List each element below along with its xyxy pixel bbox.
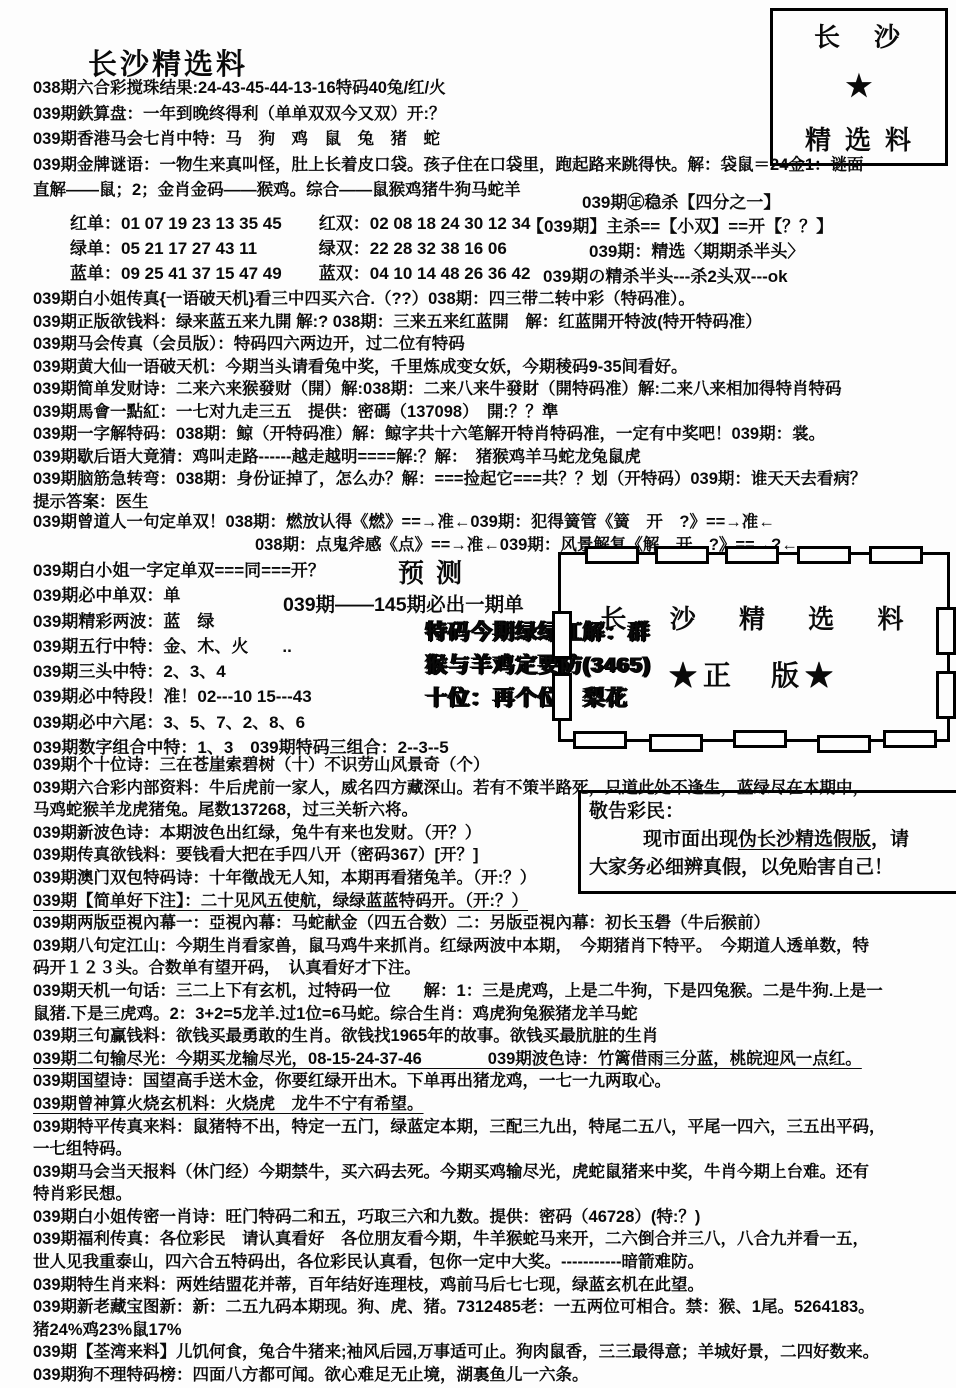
text-line: 039期【荃湾来料】儿饥何食，兔合牛猪来;袖风后园,万事适可止。狗肉鼠香，三三最… [33, 1341, 886, 1364]
text-line: 039期六合彩内部资料：牛后虎前一家人，威名四方藏深山。若有不策半路死，只道此处… [33, 777, 886, 800]
text-line: 039期传真欲钱料：要钱看大把在手四八开（密码367）[开？] [33, 844, 886, 867]
text-line: 鼠猪.下是三虎鸡。2：3+2=5龙羊.过1位=6马蛇。综合生肖：鸡虎狗兔猴猪龙羊… [33, 1003, 886, 1026]
text-line: 039期香港马会七肖中特：马 狗 鸡 鼠 兔 猪 蛇 [33, 127, 864, 153]
stamp-tab [733, 730, 787, 748]
text-line: 039期特平传真来料：鼠猪特不出，特定一五门，绿蓝定本期，三配三九出，特尾二五八… [33, 1116, 886, 1139]
prediction-item: 039期必中六尾：3、5、7、2、8、6 [33, 710, 449, 735]
text-line: 039期马会传真（会员版）：特码四六两边开，过二位有特码 [33, 333, 866, 356]
text-line: 039期国望诗：国望高手送木金，你要红绿开出木。下单再出猪龙鸡，一七一九两取心。 [33, 1070, 886, 1093]
prediction-subtitle: 039期——145期必出一期单 [283, 589, 524, 617]
text-line: 039期鉄算盘：一年到晚终得利（单单双双今又双）开:？ [33, 102, 864, 128]
text-line: 039期两版亞視內幕一：亞視內幕：马蛇献金（四五合数）二：另版亞視內幕：初长玉礐… [33, 912, 886, 935]
text-line: 039期澳门双包特码诗：十年徵战无人知，本期再看猪兔羊。（开:？） [33, 867, 886, 890]
double-numbers-cell: 红双：02 08 18 24 30 12 34 [319, 214, 531, 233]
prediction-item: 039期白小姐一字定单双===同===开？ [33, 558, 449, 583]
stamp-tab [573, 731, 627, 749]
double-numbers-cell: 蓝双：04 10 14 48 26 36 42 [319, 264, 531, 283]
text-line: 039期【简单好下注】：二十见风五使航，绿绿蓝蓝特码开。（开:？） [33, 890, 886, 913]
stamp-notch [552, 673, 572, 721]
corner-stamp-line1: 长沙 [784, 17, 934, 54]
stamp-notch [936, 607, 956, 655]
text-line: 039期黄大仙一语破天机：今期当头请看兔中奖，千里炼成变女妖，今期稜码9-35间… [33, 356, 866, 379]
kill-line: 039期：精选〈期期杀半头〉 [527, 239, 833, 264]
text-line: 039期福利传真：各位彩民 请认真看好 各位朋友看今期，牛羊猴蛇马来开，二六倒合… [33, 1228, 886, 1251]
text-line: 039期八句定江山：今期生肖看家兽，鼠马鸡牛来抓肖。红绿两波中本期， 今期猪肖下… [33, 935, 886, 958]
text-line: 特肖彩民想。 [33, 1183, 886, 1206]
text-line: 039期新波色诗：本期波色出红绿，兔牛有来也发财。（开？） [33, 822, 886, 845]
number-row: 红单：01 07 19 23 13 35 45 红双：02 08 18 24 3… [70, 211, 530, 236]
stamp-tab [883, 730, 937, 748]
stamp-genuine-label: ★正 版★ [561, 654, 947, 694]
prediction-item: 039期五行中特：金、木、火 .. [33, 634, 449, 659]
genuine-edition-stamp: 长 沙 精 选 料 ★正 版★ [558, 552, 950, 742]
text-line: 039期金牌谜语：一物生来真叫怪，肚上长着皮口袋。孩子住在口袋里，跑起路来跳得快… [33, 153, 864, 179]
single-numbers-cell: 红单：01 07 19 23 13 35 45 [70, 211, 314, 236]
text-line: 039期曾道人一句定单双！038期：燃放认得《燃》==→准←039期：犯得簧管《… [33, 511, 798, 534]
text-line: 039期马会当天报料（休门经）今期禁牛，买六码去死。今期买鸡输尽光，虎蛇鼠猪来中… [33, 1161, 886, 1184]
text-line: 039期狗不理特码榜：四面八方都可闻。欲心难足无止境，湖裏鱼儿一六条。 [33, 1364, 886, 1387]
lower-lines-block: 039期个十位诗：三在苍崖索碧树（十）不识劳山风景奇（个）039期六合彩内部资料… [33, 754, 886, 1387]
lottery-tip-sheet: 长沙精选料 长沙 ★ 精选料 038期六合彩搅珠结果:24-43-45-44-1… [0, 0, 956, 1388]
text-line: 039期馬會一點紅：一七对九走三五 提供：密碼（137098） 開:？？準 [33, 401, 866, 424]
prediction-item: 039期三头中特：2、3、4 [33, 659, 449, 684]
text-line: 039期新老藏宝图新：新：二五九码本期现。狗、虎、猪。7312485老：一五两位… [33, 1296, 886, 1319]
text-line: 提示答案：医生 [33, 491, 866, 514]
middle-lines-block: 039期白小姐传真{一语破天机}看三中四买六合.（??）038期：四三带二转中彩… [33, 288, 866, 513]
text-line: 码开１２３头。合数单有望开码， 认真看好才下注。 [33, 957, 886, 980]
kill-line: 【039期】主杀==【小双】==开【？？】 [527, 214, 833, 239]
single-numbers-cell: 绿单：05 21 17 27 43 11 [70, 236, 314, 261]
text-line: 039期简单发财诗：二来六来猴發财（開）解:038期：二来八来牛發財（開特码准）… [33, 378, 866, 401]
stamp-title: 长 沙 精 选 料 [561, 599, 947, 636]
text-line: 039期曾神算火烧玄机料：火烧虎 龙牛不宁有希望。 [33, 1093, 886, 1116]
text-line: 039期正版欲钱料：绿来蓝五来九開 解:? 038期：三来五来红蓝開 解：红蓝開… [33, 311, 866, 334]
top-lines-block: 038期六合彩搅珠结果:24-43-45-44-13-16特码40兔/红/火03… [33, 76, 864, 204]
double-numbers-cell: 绿双：22 28 32 38 16 06 [319, 239, 507, 258]
stamp-notch [936, 671, 956, 719]
kill-line: 039期の精杀半头---杀2头双---ok [527, 264, 833, 289]
number-row: 绿单：05 21 17 27 43 11 绿双：22 28 32 38 16 0… [70, 236, 530, 261]
text-line: 马鸡蛇猴羊龙虎猪兔。尾数137268，过三关斩六将。 [33, 799, 886, 822]
stamp-tab [797, 546, 851, 564]
stamp-notch [552, 611, 572, 659]
stamp-tab [649, 734, 703, 752]
kill-right-block: 【039期】主杀==【小双】==开【？？】039期：精选〈期期杀半头〉039期の… [527, 214, 833, 289]
text-line: 039期特生肖来料：两姓结盟花并蒂，百年结好连理枝，鸡前马后七七现，绿蓝玄机在此… [33, 1274, 886, 1297]
single-numbers-cell: 蓝单：09 25 41 37 15 47 49 [70, 261, 314, 286]
stamp-tab [585, 546, 639, 564]
text-line: 猪24%鸡23%鼠17% [33, 1319, 886, 1342]
stamp-tab [817, 735, 871, 753]
text-line: 039期天机一句话：三二上下有玄机，过特码一位 解：1：三是虎鸡，上是二牛狗，下… [33, 980, 886, 1003]
text-line: 039期一字解特码：038期：鲸（开特码准）解：鲸字共十六笔解开特肖特码准，一定… [33, 423, 866, 446]
text-line: 039期歇后语大竟猜：鸡叫走路------越走越明====解:？解： 猪猴鸡羊马… [33, 446, 866, 469]
stable-kill-header: 039期㊣稳杀【四分之一】 [582, 188, 780, 213]
color-number-table: 红单：01 07 19 23 13 35 45 红双：02 08 18 24 3… [70, 211, 530, 286]
stamp-tab [655, 546, 709, 564]
text-line: 039期个十位诗：三在苍崖索碧树（十）不识劳山风景奇（个） [33, 754, 886, 777]
text-line: 039期二句输尽光：今期买龙输尽光，08-15-24-37-46 039期波色诗… [33, 1048, 886, 1071]
stamp-tab [869, 546, 923, 564]
text-line: 039期白小姐传密一肖诗：旺门特码二和五，巧取三六和九数。提供：密码（46728… [33, 1206, 886, 1229]
stamp-tab [725, 546, 779, 564]
text-line: 038期六合彩搅珠结果:24-43-45-44-13-16特码40兔/红/火 [33, 76, 864, 102]
prediction-title: 预测 [398, 553, 474, 590]
text-line: 世人见我重泰山，四六合五特码出，各位彩民认真看，包你一定中大奖。--------… [33, 1251, 886, 1274]
prediction-item: 039期必中特段！准！02---10 15---43 [33, 684, 449, 709]
number-row: 蓝单：09 25 41 37 15 47 49 蓝双：04 10 14 48 2… [70, 261, 530, 286]
text-line: 039期脑筋急转弯：038期：身份证掉了，怎么办？解：===捡起它===共？？划… [33, 468, 866, 491]
text-line: 一七组特码。 [33, 1138, 886, 1161]
text-line: 039期白小姐传真{一语破天机}看三中四买六合.（??）038期：四三带二转中彩… [33, 288, 866, 311]
text-line: 039期三句赢钱料：欲钱买最勇敢的生肖。欲钱找1965年的故事。欲钱买最肮脏的生… [33, 1025, 886, 1048]
